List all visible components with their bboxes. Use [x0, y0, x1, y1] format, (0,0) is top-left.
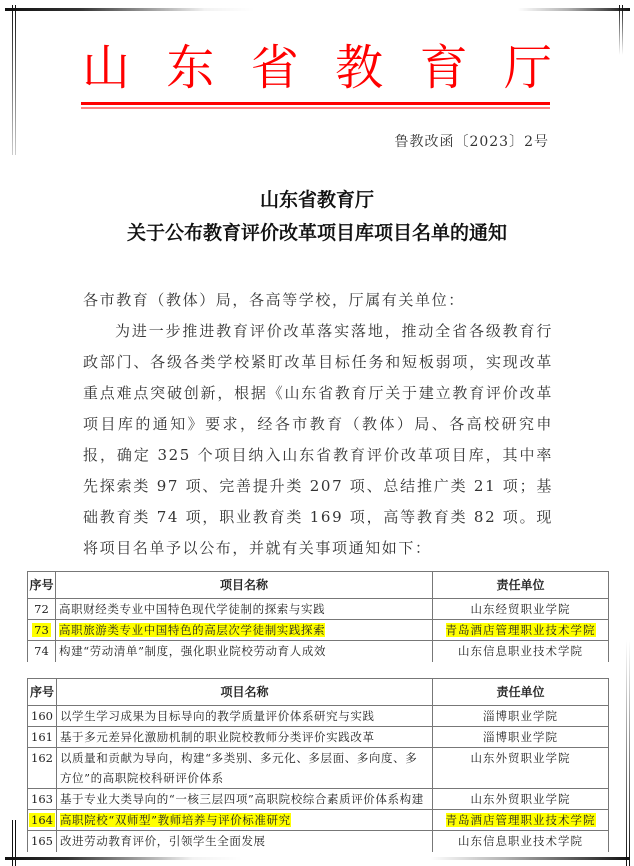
frame-right-rule	[622, 5, 623, 55]
table-row: 161 基于多元差异化激励机制的职业院校教师分类评价实践改革 淄博职业学院	[28, 727, 609, 748]
frame-left-rule	[15, 5, 16, 155]
table-header-row: 序号 项目名称 责任单位	[28, 679, 609, 706]
document-number: 鲁教改函〔2023〕2号	[394, 131, 549, 151]
column-header-name: 项目名称	[56, 572, 433, 599]
frame-bottom-rule	[5, 857, 630, 860]
table-row: 74 构建“劳动清单”制度，强化职业院校劳动育人成效 山东信息职业技术学院	[28, 641, 609, 662]
letterhead-char: 厅	[504, 40, 552, 96]
table-row: 72 高职财经类专业中国特色现代学徒制的探索与实践 山东经贸职业学院	[28, 599, 609, 620]
project-name: 高职财经类专业中国特色现代学徒制的探索与实践	[56, 599, 433, 620]
letterhead: 山 东 省 教 育 厅	[82, 40, 552, 96]
frame-right-rule	[619, 5, 620, 55]
table-row: 162 以质量和贡献为导向，构建“多类别、多元化、多层面、多向度、多方位”的高职…	[28, 748, 609, 789]
frame-right-rule	[629, 640, 630, 866]
responsible-unit: 山东信息职业技术学院	[433, 831, 609, 852]
title-issuer: 山东省教育厅	[0, 184, 634, 217]
table-row: 165 改进劳动教育评价，引领学生全面发展 山东信息职业技术学院	[28, 831, 609, 852]
salutation: 各市教育（教体）局，各高等学校，厅属有关单位：	[83, 285, 553, 316]
table-row: 163 基于专业大类导向的“一核三层四项”高职院校综合素质评价体系构建 山东外贸…	[28, 789, 609, 810]
letterhead-char: 教	[335, 40, 383, 96]
project-table: 序号 项目名称 责任单位 72 高职财经类专业中国特色现代学徒制的探索与实践 山…	[27, 571, 609, 662]
project-name: 基于多元差异化激励机制的职业院校教师分类评价实践改革	[56, 727, 432, 748]
table-header-row: 序号 项目名称 责任单位	[28, 572, 609, 599]
project-name: 基于专业大类导向的“一核三层四项”高职院校综合素质评价体系构建	[56, 789, 432, 810]
responsible-unit: 山东外贸职业学院	[433, 789, 609, 810]
project-name: 以质量和贡献为导向，构建“多类别、多元化、多层面、多向度、多方位”的高职院校科研…	[56, 748, 432, 789]
responsible-unit: 淄博职业学院	[433, 706, 609, 727]
letterhead-char: 育	[420, 40, 468, 96]
column-header-name: 项目名称	[56, 679, 432, 706]
frame-right-rule	[626, 640, 627, 866]
responsible-unit: 淄博职业学院	[433, 727, 609, 748]
letterhead-char: 东	[166, 40, 214, 96]
frame-top-rule	[5, 8, 630, 11]
letterhead-char: 省	[251, 40, 299, 96]
project-name: 以学生学习成果为目标导向的教学质量评价体系研究与实践	[56, 706, 432, 727]
responsible-unit: 青岛酒店管理职业技术学院	[446, 813, 596, 827]
row-number: 74	[28, 641, 56, 662]
row-number: 162	[28, 748, 57, 789]
column-header-no: 序号	[28, 572, 56, 599]
column-header-unit: 责任单位	[433, 679, 609, 706]
responsible-unit: 山东信息职业技术学院	[433, 641, 609, 662]
document-body: 各市教育（教体）局，各高等学校，厅属有关单位： 为进一步推进教育评价改革落实落地…	[83, 285, 553, 564]
row-number: 165	[28, 831, 57, 852]
responsible-unit: 山东经贸职业学院	[433, 599, 609, 620]
body-paragraph: 为进一步推进教育评价改革落实落地，推动全省各级教育行政部门、各级各类学校紧盯改革…	[83, 316, 553, 564]
row-number: 164	[29, 813, 55, 827]
project-name: 构建“劳动清单”制度，强化职业院校劳动育人成效	[56, 641, 433, 662]
row-number: 163	[28, 789, 57, 810]
project-table: 序号 项目名称 责任单位 160 以学生学习成果为目标导向的教学质量评价体系研究…	[27, 678, 609, 852]
row-number: 161	[28, 727, 57, 748]
project-name: 改进劳动教育评价，引领学生全面发展	[56, 831, 432, 852]
column-header-no: 序号	[28, 679, 57, 706]
row-number: 72	[28, 599, 56, 620]
row-number: 73	[32, 623, 51, 637]
responsible-unit: 青岛酒店管理职业技术学院	[446, 623, 596, 637]
letterhead-char: 山	[82, 40, 130, 96]
title-subject: 关于公布教育评价改革项目库项目名单的通知	[0, 217, 634, 250]
frame-left-rule	[12, 5, 13, 155]
column-header-unit: 责任单位	[433, 572, 609, 599]
table-row-highlighted: 73 高职旅游类专业中国特色的高层次学徒制实践探索 青岛酒店管理职业技术学院	[28, 620, 609, 641]
letterhead-red-rule-thin	[81, 107, 550, 109]
project-name: 高职旅游类专业中国特色的高层次学徒制实践探索	[59, 623, 325, 637]
project-name: 高职院校“双师型”教师培养与评价标准研究	[60, 813, 291, 827]
letterhead-red-rule	[81, 102, 550, 105]
table-row: 160 以学生学习成果为目标导向的教学质量评价体系研究与实践 淄博职业学院	[28, 706, 609, 727]
row-number: 160	[28, 706, 57, 727]
document-title: 山东省教育厅 关于公布教育评价改革项目库项目名单的通知	[0, 184, 634, 250]
responsible-unit: 山东外贸职业学院	[433, 748, 609, 789]
table-row-highlighted: 164 高职院校“双师型”教师培养与评价标准研究 青岛酒店管理职业技术学院	[28, 810, 609, 831]
